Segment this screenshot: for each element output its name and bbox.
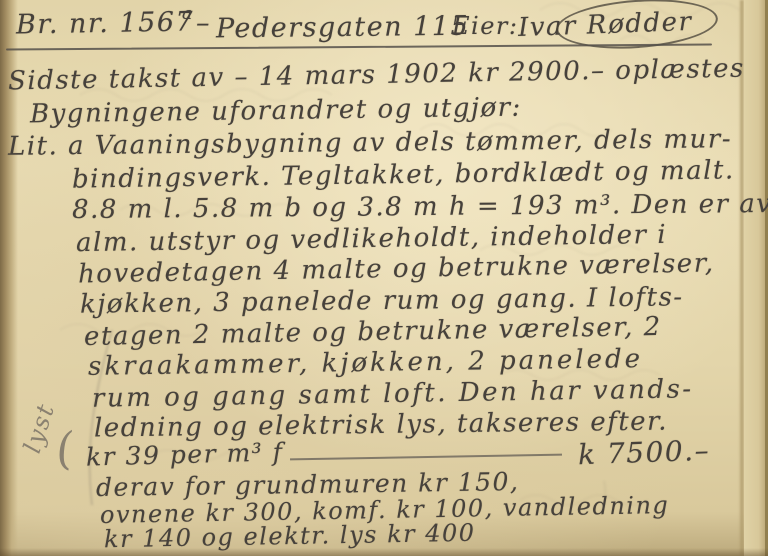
scanned-document-page: Br. nr. 1567 a – Pedersgaten 115 Eier: I… <box>0 0 768 556</box>
valuation-amount: k 7500.– <box>577 434 710 472</box>
owner-label: Eier: <box>452 12 518 40</box>
page-edge-strip <box>744 0 765 556</box>
street-address: Pedersgaten 115 <box>216 11 469 45</box>
handwritten-line: bindingsverk. Tegltakket, bordklædt og m… <box>72 155 735 194</box>
register-number: Br. nr. 1567 <box>16 6 195 40</box>
valuation-leader-line <box>290 454 562 460</box>
valuation-rate: kr 39 per m³ f <box>86 437 284 471</box>
handwritten-line: Sidste takst av – 14 mars 1902 kr 2900.–… <box>8 54 745 97</box>
register-dash: – <box>196 8 211 39</box>
handwritten-line: Bygningene uforandret og utgjør: <box>30 93 522 130</box>
register-suffix: a <box>182 4 194 24</box>
valuation-paren-mark: ( <box>53 423 77 476</box>
